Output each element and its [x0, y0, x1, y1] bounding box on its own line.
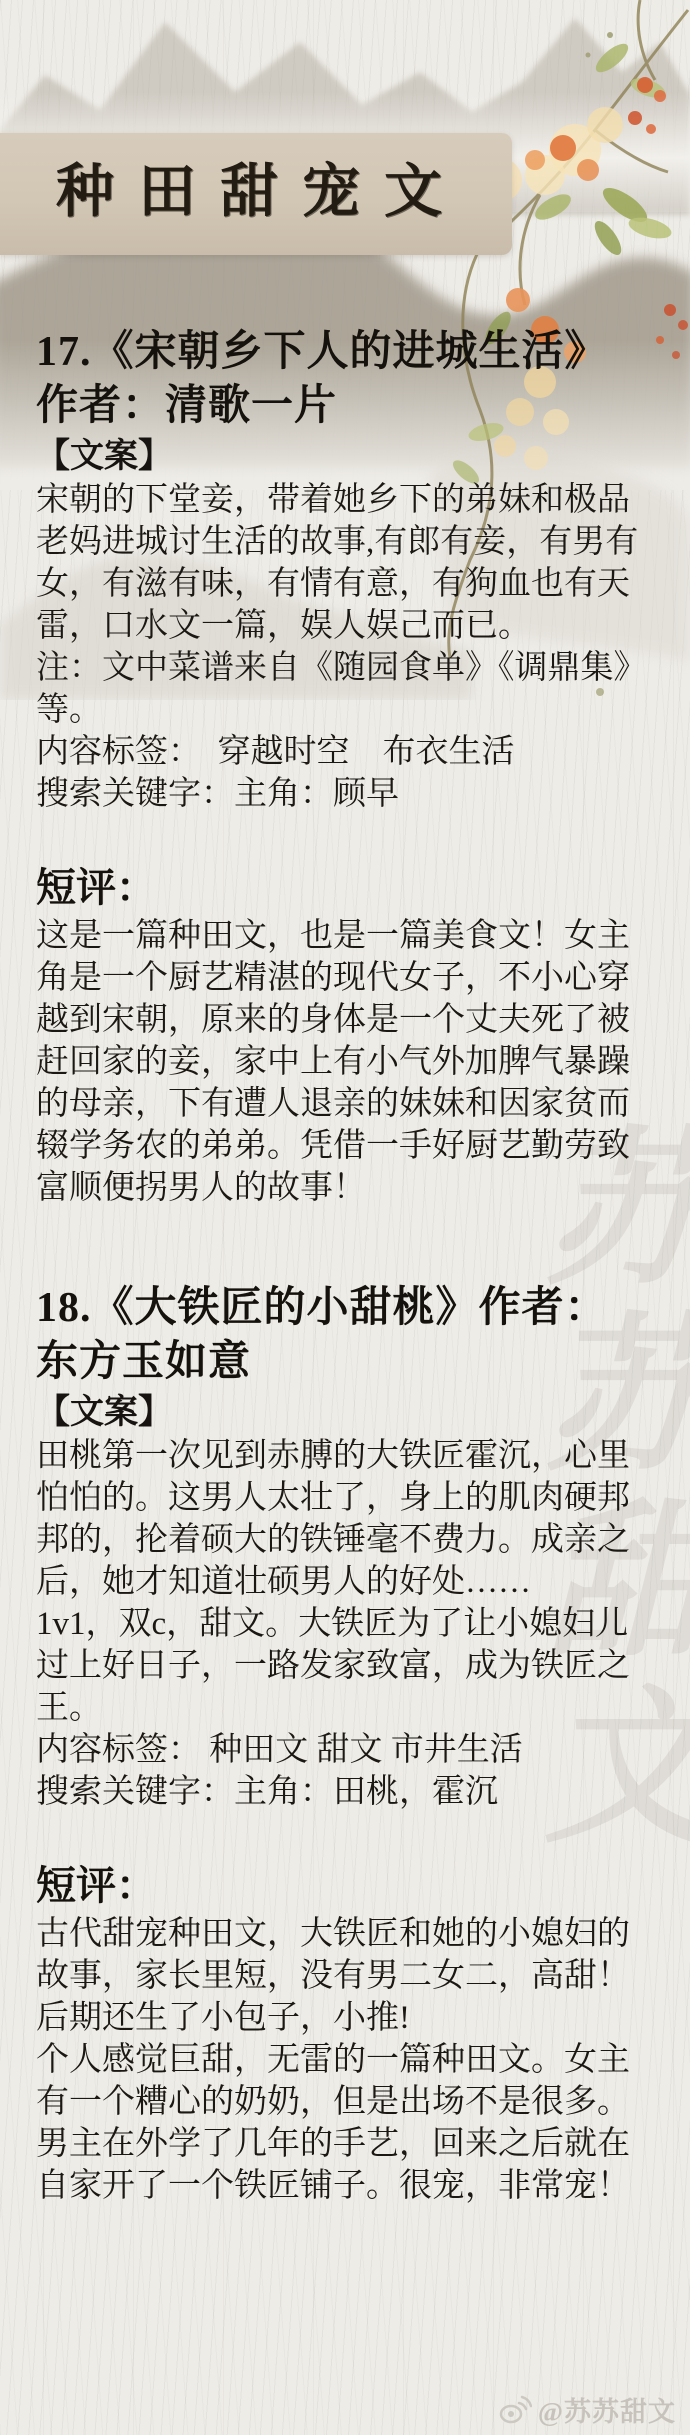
content-area: 17.《宋朝乡下人的进城生活》 作者：清歌一片 【文案】 宋朝的下堂妾，带着她乡… — [36, 325, 654, 2207]
weibo-handle: @苏苏甜文 — [538, 2390, 676, 2429]
entry-17-author: 作者：清歌一片 — [36, 379, 654, 433]
entry-17-title: 17.《宋朝乡下人的进城生活》 — [36, 325, 654, 379]
weibo-watermark: @苏苏甜文 — [498, 2390, 676, 2429]
synopsis-paragraph: 宋朝的下堂妾，带着她乡下的弟妹和极品老妈进城讨生活的故事,有郎有妾，有男有女，有… — [36, 479, 654, 647]
title-banner: 种田甜宠文 — [0, 133, 512, 255]
synopsis-note-paragraph: 注：文中菜谱来自《随园食单》《调鼎集》等。 — [36, 647, 654, 731]
copy-section-label: 【文案】 — [36, 435, 654, 479]
tags-line: 内容标签： 穿越时空 布衣生活 — [36, 731, 654, 773]
keywords-line: 搜索关键字：主角：田桃，霍沉 — [36, 1771, 654, 1813]
review-label: 短评： — [36, 1859, 654, 1913]
synopsis-paragraph-2: 1v1，双c，甜文。大铁匠为了让小媳妇儿过上好日子，一路发家致富，成为铁匠之王。 — [36, 1603, 654, 1729]
review-paragraph: 个人感觉巨甜，无雷的一篇种田文。女主有一个糟心的奶奶，但是出场不是很多。 — [36, 2039, 654, 2123]
review-label: 短评： — [36, 861, 654, 915]
synopsis-paragraph: 田桃第一次见到赤膊的大铁匠霍沉，心里怕怕的。这男人太壮了，身上的肌肉硬邦邦的，抡… — [36, 1435, 654, 1603]
weibo-logo-icon — [498, 2395, 532, 2425]
entry-17: 17.《宋朝乡下人的进城生活》 作者：清歌一片 【文案】 宋朝的下堂妾，带着她乡… — [36, 325, 654, 1209]
review-paragraph: 男主在外学了几年的手艺，回来之后就在自家开了一个铁匠铺子。很宠，非常宠！ — [36, 2123, 654, 2207]
entry-18: 18.《大铁匠的小甜桃》作者： 东方玉如意 【文案】 田桃第一次见到赤膊的大铁匠… — [36, 1281, 654, 2207]
review-paragraph: 古代甜宠种田文，大铁匠和她的小媳妇的故事，家长里短，没有男二女二，高甜！后期还生… — [36, 1913, 654, 2039]
tags-line: 内容标签： 种田文 甜文 市井生活 — [36, 1729, 654, 1771]
copy-section-label: 【文案】 — [36, 1391, 654, 1435]
entry-18-author: 东方玉如意 — [36, 1335, 654, 1389]
review-paragraph: 这是一篇种田文，也是一篇美食文！女主角是一个厨艺精湛的现代女子，不小心穿越到宋朝… — [36, 915, 654, 1209]
banner-title: 种田甜宠文 — [56, 161, 466, 223]
book-recommendation-poster: 种田甜宠文 苏苏甜文 17.《宋朝乡下人的进城生活》 作者：清歌一片 【文案】 … — [0, 0, 690, 2435]
entry-18-title: 18.《大铁匠的小甜桃》作者： — [36, 1281, 654, 1335]
keywords-line: 搜索关键字：主角：顾早 — [36, 773, 654, 815]
